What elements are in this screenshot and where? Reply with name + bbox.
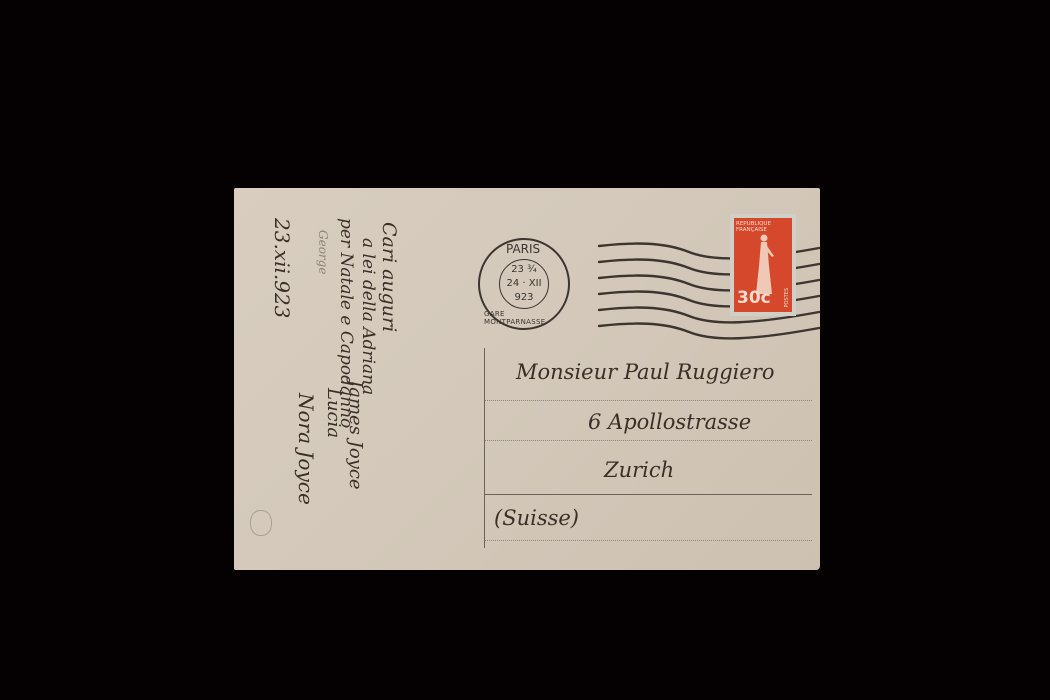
stamp-face: REPUBLIQUE FRANÇAISE 30c POSTES	[734, 218, 792, 312]
address-country: (Suisse)	[494, 506, 579, 530]
postmark-city: PARIS	[506, 242, 540, 256]
address-recipient: Monsieur Paul Ruggiero	[516, 360, 775, 384]
postmark-station: GARE MONTPARNASSE	[484, 310, 568, 326]
address-rule	[485, 540, 812, 541]
address-city: Zurich	[604, 458, 674, 482]
publisher-emblem-icon	[250, 510, 272, 536]
stamp-label: POSTES	[784, 288, 790, 308]
postcard: George 23.xii.923 Cari auguri a lei dell…	[234, 188, 820, 570]
address-divider	[484, 348, 485, 548]
postmark-year: 923	[500, 291, 548, 305]
address-street: 6 Apollostrasse	[588, 410, 751, 434]
postmark: PARIS GARE MONTPARNASSE 23 ¾ 24 · XII 92…	[478, 238, 570, 330]
message-date: 23.xii.923	[270, 218, 294, 318]
message-signature: Nora Joyce	[294, 393, 318, 505]
postmark-time: 23 ¾	[500, 263, 548, 277]
message-signature: James Joyce	[345, 380, 366, 490]
postmark-date: 24 · XII	[500, 277, 548, 291]
address-rule	[485, 440, 812, 441]
message-line: Cari auguri	[378, 222, 400, 332]
address-rule	[485, 400, 812, 401]
message-line: a lei della Adriana	[358, 238, 378, 395]
stamp-value: 30c	[737, 288, 771, 308]
postmark-date-block: 23 ¾ 24 · XII 923	[499, 259, 549, 309]
message-signature: Lucia	[323, 388, 344, 438]
pencil-note: George	[316, 230, 330, 274]
postage-stamp: REPUBLIQUE FRANÇAISE 30c POSTES	[730, 214, 796, 316]
address-rule	[485, 494, 812, 495]
